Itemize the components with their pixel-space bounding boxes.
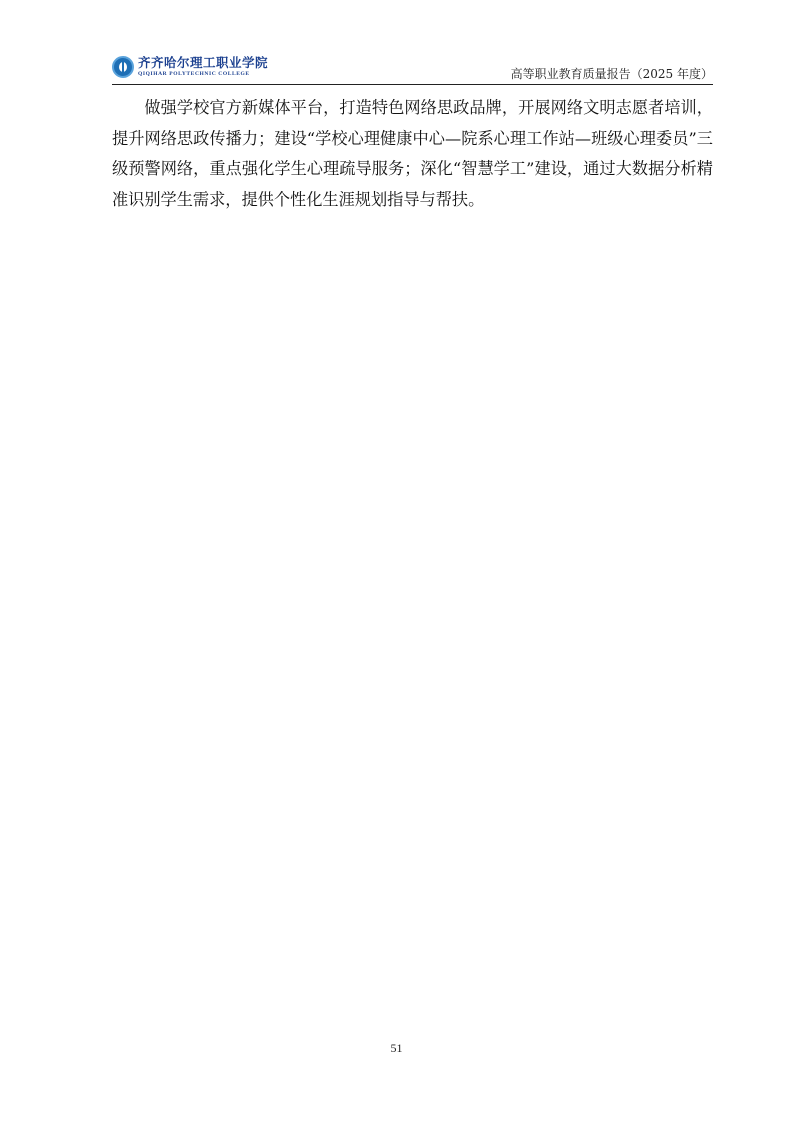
college-name-en: QIQIHAR POLYTECHNIC COLLEGE [138, 72, 268, 78]
page-number: 51 [0, 1041, 793, 1056]
header-divider [112, 84, 713, 85]
body-content: 做强学校官方新媒体平台，打造特色网络思政品牌，开展网络文明志愿者培训，提升网络思… [112, 93, 713, 215]
college-emblem-icon [112, 56, 134, 78]
logo-text: 齐齐哈尔理工职业学院 QIQIHAR POLYTECHNIC COLLEGE [138, 57, 268, 77]
college-logo: 齐齐哈尔理工职业学院 QIQIHAR POLYTECHNIC COLLEGE [112, 56, 268, 78]
body-paragraph: 做强学校官方新媒体平台，打造特色网络思政品牌，开展网络文明志愿者培训，提升网络思… [112, 93, 713, 215]
report-title: 高等职业教育质量报告（2025 年度） [511, 65, 713, 82]
page-header: 齐齐哈尔理工职业学院 QIQIHAR POLYTECHNIC COLLEGE 高… [112, 54, 713, 84]
college-name-cn: 齐齐哈尔理工职业学院 [138, 57, 268, 70]
